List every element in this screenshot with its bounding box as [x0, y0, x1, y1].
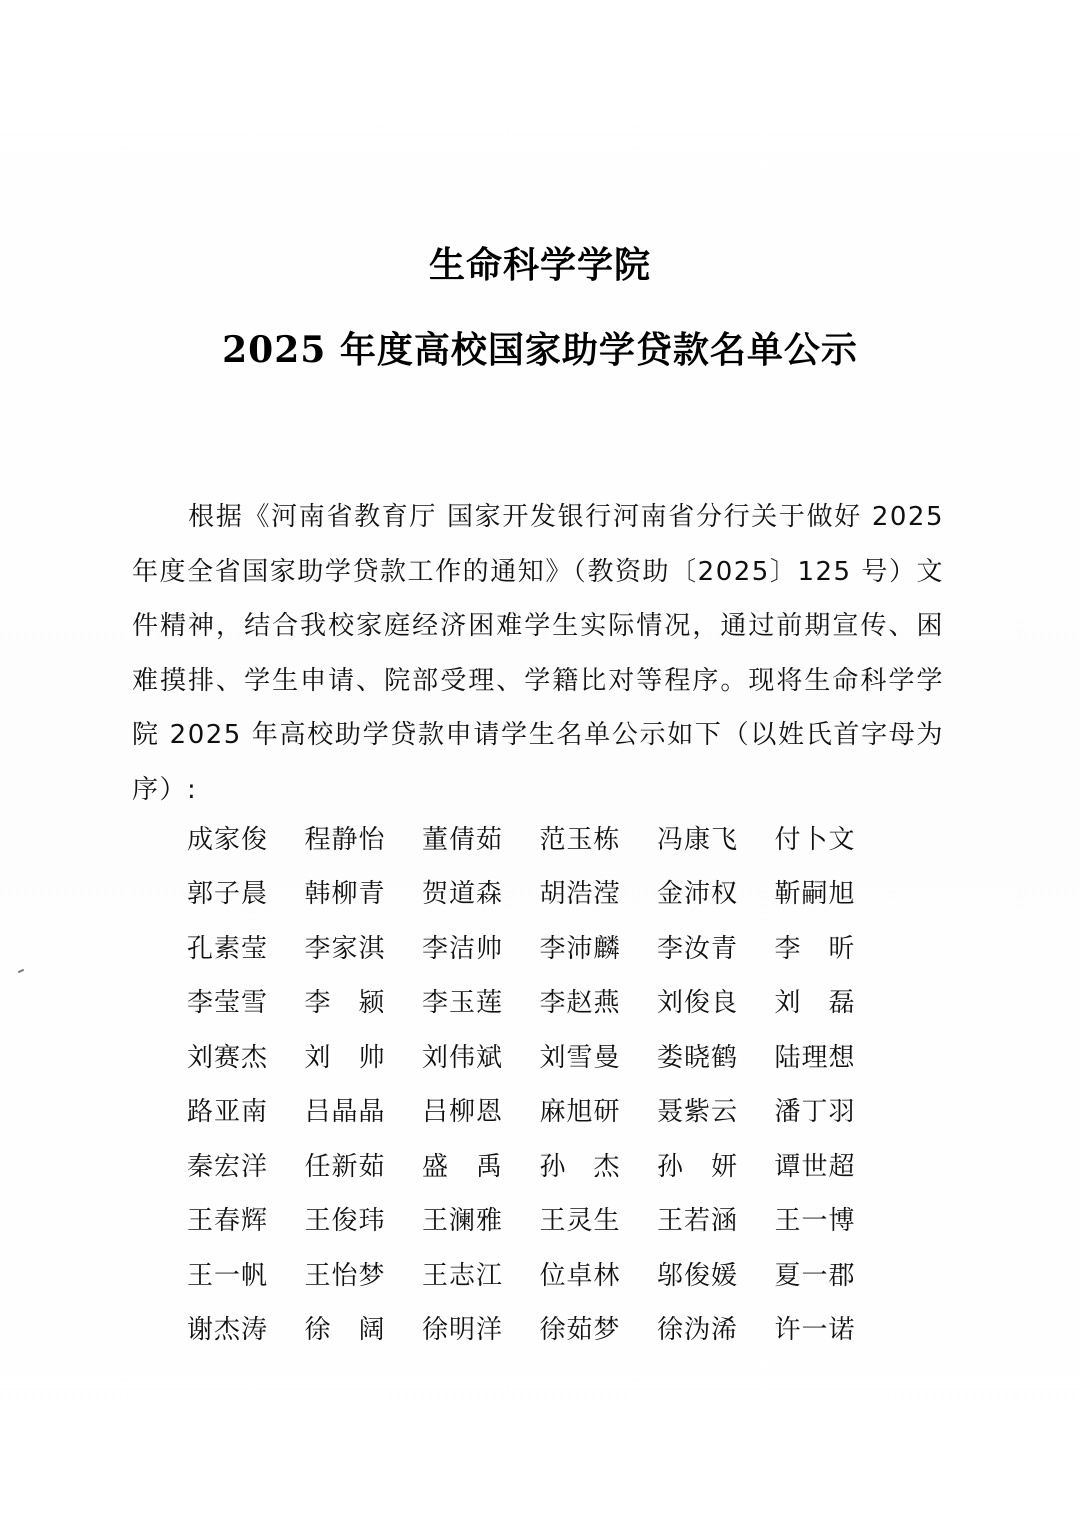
student-name: 刘俊良 — [657, 982, 775, 1019]
student-name: 王澜雅 — [422, 1200, 540, 1237]
student-name: 任新茹 — [305, 1146, 423, 1183]
student-name: 孙 妍 — [657, 1146, 775, 1183]
student-name: 王志江 — [422, 1255, 540, 1292]
scan-speck — [18, 969, 24, 973]
student-name: 李家淇 — [305, 928, 423, 965]
student-name: 成家俊 — [187, 819, 305, 856]
name-row: 郭子晨 韩柳青 贺道森 胡浩滢 金沛权 靳嗣旭 — [187, 865, 887, 920]
student-name: 刘 帅 — [305, 1037, 423, 1074]
student-name: 李 昕 — [775, 928, 893, 965]
student-name: 娄晓鹤 — [657, 1037, 775, 1074]
student-name: 刘伟斌 — [422, 1037, 540, 1074]
name-row: 路亚南 吕晶晶 吕柳恩 麻旭研 聂紫云 潘丁羽 — [187, 1083, 887, 1138]
student-name: 陆理想 — [775, 1037, 893, 1074]
document-title-announcement: 2025 年度高校国家助学贷款名单公示 — [0, 322, 1080, 378]
student-name: 付卜文 — [775, 819, 893, 856]
student-name: 李赵燕 — [540, 982, 658, 1019]
student-name: 刘赛杰 — [187, 1037, 305, 1074]
name-row: 成家俊 程静怡 董倩茹 范玉栋 冯康飞 付卜文 — [187, 810, 887, 865]
student-name: 冯康飞 — [657, 819, 775, 856]
student-name: 孔素莹 — [187, 928, 305, 965]
student-name: 李沛麟 — [540, 928, 658, 965]
student-name: 李洁帅 — [422, 928, 540, 965]
student-name: 徐 阔 — [305, 1309, 423, 1346]
student-name: 王灵生 — [540, 1200, 658, 1237]
student-name: 刘雪曼 — [540, 1037, 658, 1074]
student-name: 夏一郡 — [775, 1255, 893, 1292]
student-name: 李汝青 — [657, 928, 775, 965]
student-name: 许一诺 — [775, 1309, 893, 1346]
student-name: 董倩茹 — [422, 819, 540, 856]
student-name: 谭世超 — [775, 1146, 893, 1183]
student-name: 位卓林 — [540, 1255, 658, 1292]
student-name: 刘 磊 — [775, 982, 893, 1019]
student-name: 聂紫云 — [657, 1091, 775, 1128]
name-row: 李莹雪 李 颍 李玉莲 李赵燕 刘俊良 刘 磊 — [187, 974, 887, 1029]
name-row: 秦宏洋 任新茹 盛 禹 孙 杰 孙 妍 谭世超 — [187, 1137, 887, 1192]
student-name: 贺道森 — [422, 873, 540, 910]
student-name: 秦宏洋 — [187, 1146, 305, 1183]
student-name: 王俊玮 — [305, 1200, 423, 1237]
name-row: 王一帆 王怡梦 王志江 位卓林 邬俊媛 夏一郡 — [187, 1246, 887, 1301]
document-page: 生命科学学院 2025 年度高校国家助学贷款名单公示 根据《河南省教育厅 国家开… — [0, 0, 1080, 1528]
student-name: 王一博 — [775, 1200, 893, 1237]
document-body-paragraph: 根据《河南省教育厅 国家开发银行河南省分行关于做好 2025 年度全省国家助学贷… — [132, 490, 944, 817]
document-title-school: 生命科学学院 — [0, 240, 1080, 290]
student-name: 王若涵 — [657, 1200, 775, 1237]
paragraph-text: 根据《河南省教育厅 国家开发银行河南省分行关于做好 2025 年度全省国家助学贷… — [132, 502, 944, 805]
student-name: 王一帆 — [187, 1255, 305, 1292]
student-name: 邬俊媛 — [657, 1255, 775, 1292]
student-name: 徐沩浠 — [657, 1309, 775, 1346]
student-name: 靳嗣旭 — [775, 873, 893, 910]
student-name: 吕晶晶 — [305, 1091, 423, 1128]
student-name: 孙 杰 — [540, 1146, 658, 1183]
name-row: 孔素莹 李家淇 李洁帅 李沛麟 李汝青 李 昕 — [187, 919, 887, 974]
student-name: 胡浩滢 — [540, 873, 658, 910]
name-row: 王春辉 王俊玮 王澜雅 王灵生 王若涵 王一博 — [187, 1192, 887, 1247]
student-name: 李玉莲 — [422, 982, 540, 1019]
name-row: 谢杰涛 徐 阔 徐明洋 徐茹梦 徐沩浠 许一诺 — [187, 1301, 887, 1356]
student-name: 潘丁羽 — [775, 1091, 893, 1128]
student-name: 徐明洋 — [422, 1309, 540, 1346]
student-name: 徐茹梦 — [540, 1309, 658, 1346]
student-name: 范玉栋 — [540, 819, 658, 856]
student-name: 李 颍 — [305, 982, 423, 1019]
student-name-list: 成家俊 程静怡 董倩茹 范玉栋 冯康飞 付卜文 郭子晨 韩柳青 贺道森 胡浩滢 … — [187, 810, 887, 1355]
student-name: 路亚南 — [187, 1091, 305, 1128]
student-name: 李莹雪 — [187, 982, 305, 1019]
student-name: 韩柳青 — [305, 873, 423, 910]
student-name: 程静怡 — [305, 819, 423, 856]
student-name: 盛 禹 — [422, 1146, 540, 1183]
student-name: 王春辉 — [187, 1200, 305, 1237]
student-name: 吕柳恩 — [422, 1091, 540, 1128]
student-name: 王怡梦 — [305, 1255, 423, 1292]
name-row: 刘赛杰 刘 帅 刘伟斌 刘雪曼 娄晓鹤 陆理想 — [187, 1028, 887, 1083]
student-name: 麻旭研 — [540, 1091, 658, 1128]
student-name: 金沛权 — [657, 873, 775, 910]
student-name: 郭子晨 — [187, 873, 305, 910]
student-name: 谢杰涛 — [187, 1309, 305, 1346]
